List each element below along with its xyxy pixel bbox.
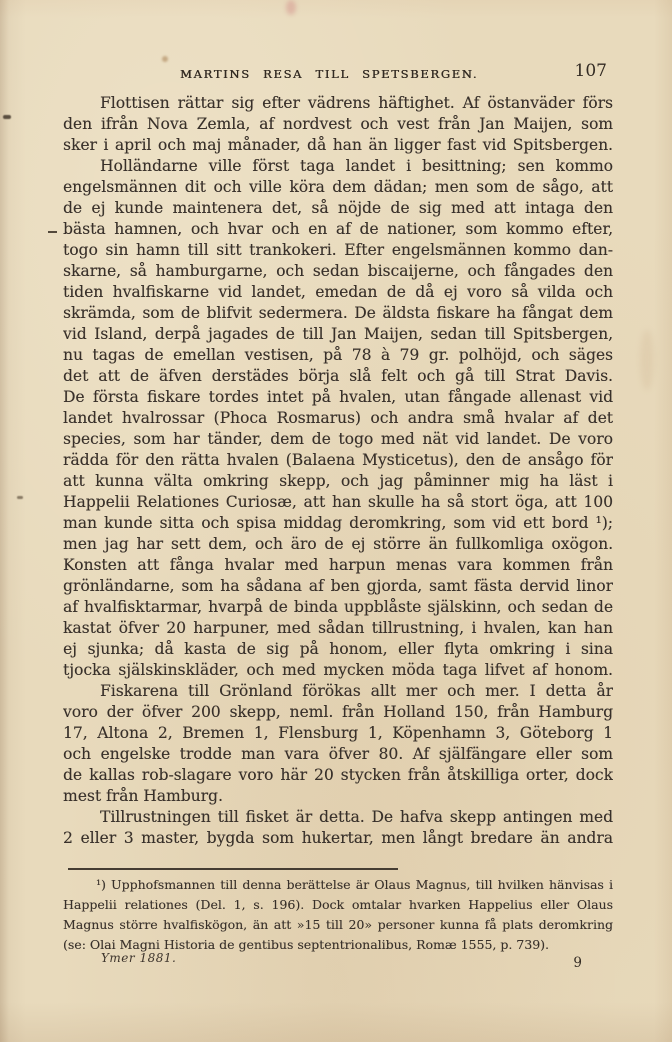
body-line: men jag har sett dem, och äro de ej stör… (63, 534, 613, 555)
body-line: bästa hamnen, och hvar och en af de nati… (63, 219, 613, 240)
body-line: den ifrån Nova Zemla, af nordvest och ve… (63, 114, 613, 135)
footnote-line: Happelii relationes (Del. 1, s. 196). Do… (63, 895, 613, 915)
body-line: de kallas rob-slagare voro här 20 stycke… (63, 765, 613, 786)
body-line: vid Island, derpå jagades de till Jan Ma… (63, 324, 613, 345)
footnote-text: ¹) Upphofsmannen till denna berättelse ä… (63, 875, 613, 955)
body-line: grönländarne, som ha sådana af ben gjord… (63, 576, 613, 597)
body-line: mest från Hamburg. (63, 786, 613, 807)
body-line: ej sjunka; då kasta de sig på honom, ell… (63, 639, 613, 660)
body-line: och engelske trodde man vara öfver 80. A… (63, 744, 613, 765)
body-line: landet hvalrossar (Phoca Rosmarus) och a… (63, 408, 613, 429)
body-line: man kunde sitta och spisa middag deromkr… (63, 513, 613, 534)
body-line: af hvalfisktarmar, hvarpå de binda uppbl… (63, 597, 613, 618)
paper-stain (286, 0, 296, 15)
paper-stain (162, 56, 168, 62)
paper-stain (17, 496, 23, 499)
body-line: togo sin hamn till sitt trankokeri. Efte… (63, 240, 613, 261)
paper-stain (640, 330, 654, 390)
body-line: skarne, så hamburgarne, och sedan biscai… (63, 261, 613, 282)
page-footer: Ymer 1881. 9 (63, 949, 613, 973)
body-line: Happelii Relationes Curiosæ, att han sku… (63, 492, 613, 513)
quire-signature: 9 (573, 955, 582, 971)
body-line: sker i april och maj månader, då han än … (63, 135, 613, 156)
footnote-separator-rule (68, 868, 398, 870)
body-line: Flottisen rättar sig efter vädrens häfti… (63, 93, 613, 114)
paper-stain (3, 115, 11, 119)
page-header: MARTINS RESA TILL SPETSBERGEN. 107 (63, 64, 613, 86)
footnote-line: ¹) Upphofsmannen till denna berättelse ä… (63, 875, 613, 895)
body-line: Holländarne ville först taga landet i be… (63, 156, 613, 177)
body-line: De första fiskare tordes intet på hvalen… (63, 387, 613, 408)
body-line: kastat öfver 20 harpuner, med sådan till… (63, 618, 613, 639)
body-line: rädda för den rätta hvalen (Balaena Myst… (63, 450, 613, 471)
body-line: engelsmännen dit och ville köra dem däda… (63, 177, 613, 198)
body-line: tiden hvalfiskarne vid landet, emedan de… (63, 282, 613, 303)
body-line: att kunna välta omkring skepp, och jag p… (63, 471, 613, 492)
body-line: voro der öfver 200 skepp, neml. från Hol… (63, 702, 613, 723)
footnote-line: Magnus större hvalfiskögon, än att »15 t… (63, 915, 613, 935)
body-line: tjocka själskinskläder, och med mycken m… (63, 660, 613, 681)
running-title: MARTINS RESA TILL SPETSBERGEN. (180, 67, 478, 81)
page-number: 107 (575, 61, 607, 81)
body-text: Flottisen rättar sig efter vädrens häfti… (63, 93, 613, 849)
body-line: det att de äfven derstädes börja slå fel… (63, 366, 613, 387)
book-page: MARTINS RESA TILL SPETSBERGEN. 107 Flott… (0, 0, 672, 1042)
body-line: nu tagas de emellan vestisen, på 78 à 79… (63, 345, 613, 366)
paper-stain (48, 231, 57, 233)
body-line: 17, Altona 2, Bremen 1, Flensburg 1, Köp… (63, 723, 613, 744)
body-line: skrämda, som de blifvit sedermera. De äl… (63, 303, 613, 324)
body-line: de ej kunde maintenera det, så nöjde de … (63, 198, 613, 219)
body-line: 2 eller 3 master, bygda som hukertar, me… (63, 828, 613, 849)
body-line: Tillrustningen till fisket är detta. De … (63, 807, 613, 828)
journal-mark: Ymer 1881. (101, 951, 176, 965)
body-line: Fiskarena till Grönland förökas allt mer… (63, 681, 613, 702)
body-line: Konsten att fånga hvalar med harpun mena… (63, 555, 613, 576)
body-line: species, som har tänder, dem de togo med… (63, 429, 613, 450)
